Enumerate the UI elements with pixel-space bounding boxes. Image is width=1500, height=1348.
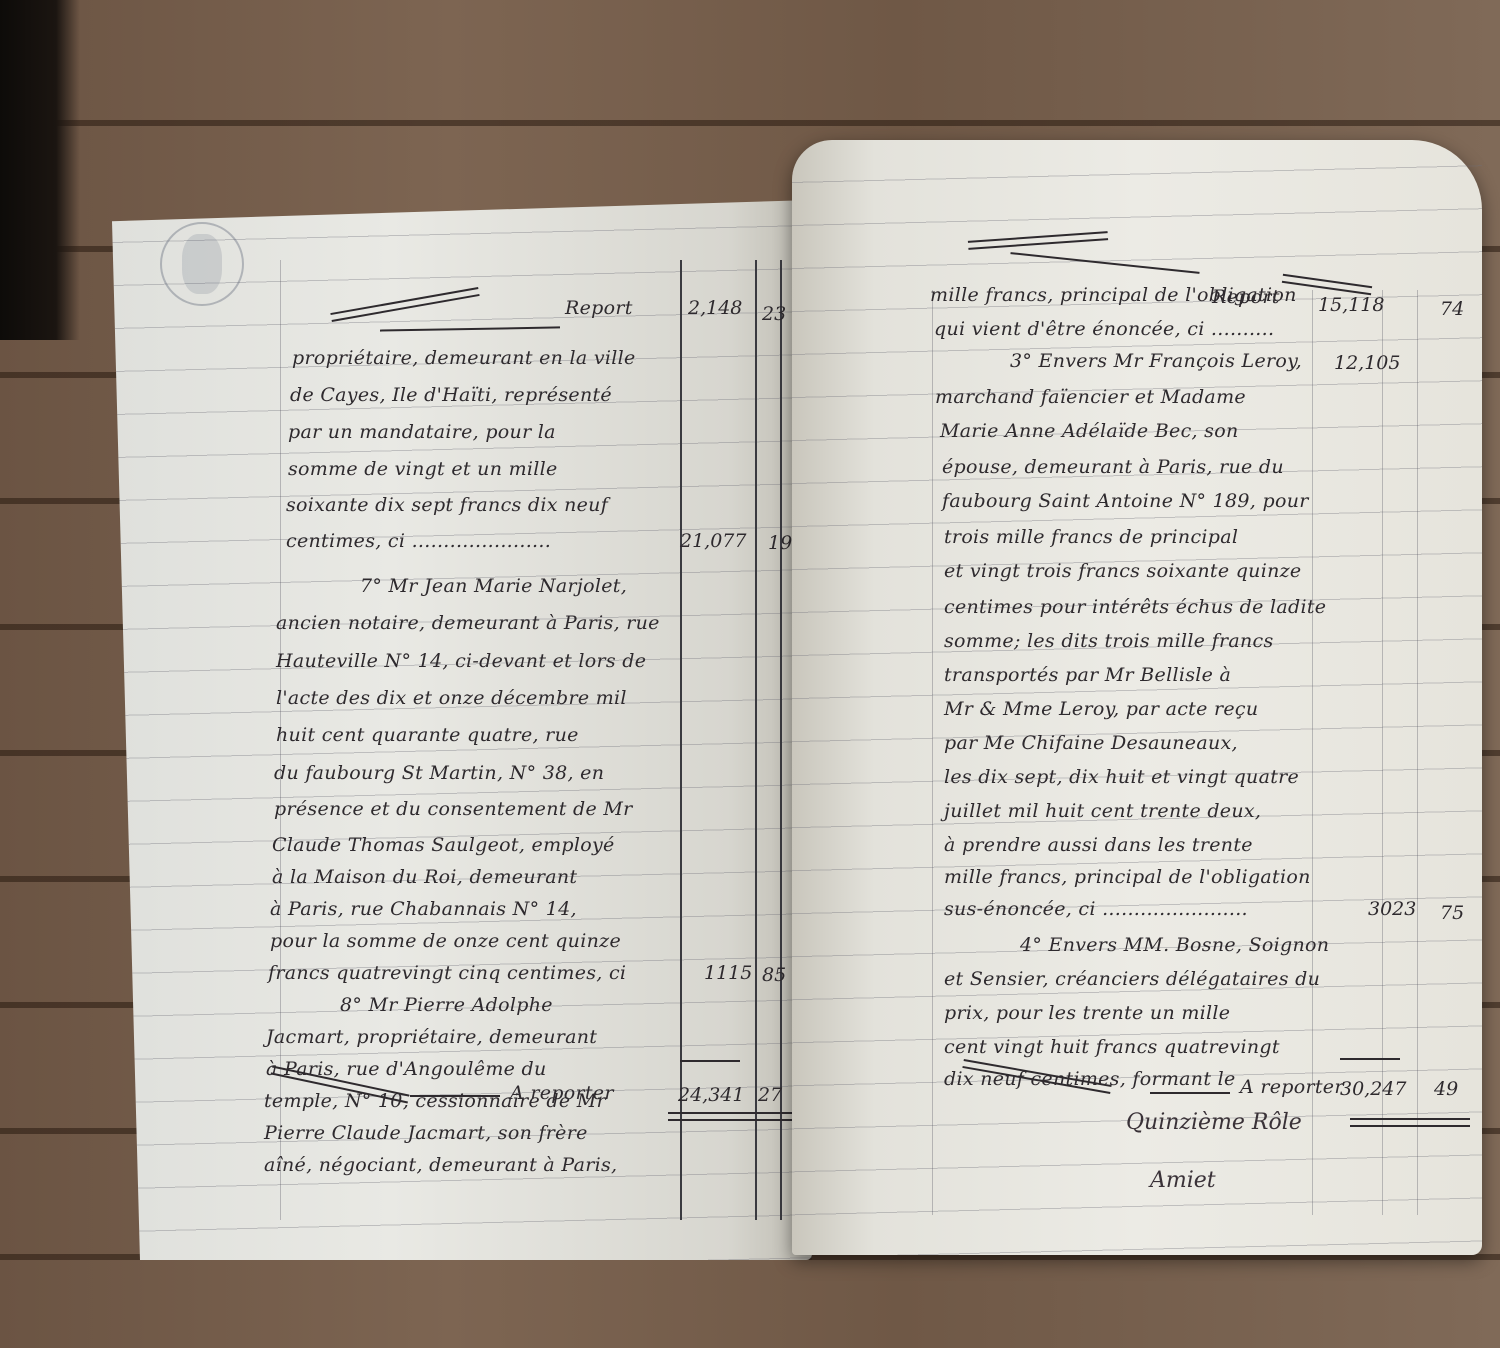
francs-column-line — [680, 260, 682, 1220]
entry-francs: 3023 — [1368, 898, 1416, 920]
line: Pierre Claude Jacmart, son frère — [264, 1122, 588, 1144]
line: faubourg Saint Antoine N° 189, pour — [942, 490, 1309, 512]
line: présence et du consentement de Mr — [274, 798, 633, 820]
double-rule — [1350, 1118, 1470, 1127]
line: par un mandataire, pour la — [288, 421, 556, 443]
line: à Paris, rue Chabannais N° 14, — [270, 898, 577, 920]
line: Hauteville N° 14, ci-devant et lors de — [276, 650, 646, 672]
report-francs: 2,148 — [688, 297, 742, 319]
line: 4° Envers MM. Bosne, Soignon — [1020, 934, 1329, 956]
line: 7° Mr Jean Marie Narjolet, — [360, 575, 627, 597]
line: ancien notaire, demeurant à Paris, rue — [276, 612, 660, 634]
page-note: Quinzième Rôle — [1126, 1110, 1302, 1135]
line: propriétaire, demeurant en la ville — [292, 347, 636, 369]
line: l'acte des dix et onze décembre mil — [276, 687, 627, 709]
line: cent vingt huit francs quatrevingt — [944, 1036, 1280, 1058]
a-reporter-francs: 24,341 — [678, 1084, 744, 1106]
line: épouse, demeurant à Paris, rue du — [942, 456, 1284, 478]
entry-centimes: 75 — [1440, 902, 1464, 924]
line: Jacmart, propriétaire, demeurant — [266, 1026, 597, 1048]
line: francs quatrevingt cinq centimes, ci — [268, 962, 626, 984]
line: 3° Envers Mr François Leroy, — [1010, 350, 1302, 372]
line: somme de vingt et un mille — [288, 458, 558, 480]
line: 8° Mr Pierre Adolphe — [340, 994, 553, 1016]
centimes-column-line — [1382, 290, 1383, 1215]
line: et Sensier, créanciers délégataires du — [944, 968, 1320, 990]
rule — [1150, 1092, 1230, 1094]
line: mille francs, principal de l'obligation — [930, 284, 1297, 306]
a-reporter-francs: 30,247 — [1340, 1078, 1406, 1100]
report-francs: 15,118 — [1318, 294, 1384, 316]
line: mille francs, principal de l'obligation — [944, 866, 1311, 888]
table-shadow — [0, 0, 80, 340]
line: qui vient d'être énoncée, ci .......... — [934, 318, 1274, 340]
entry-francs: 12,105 — [1334, 352, 1400, 374]
signature: Amiet — [1150, 1168, 1216, 1193]
line: centimes, ci ...................... — [286, 530, 551, 552]
line: juillet mil huit cent trente deux, — [944, 800, 1261, 822]
entry-centimes: 85 — [762, 964, 786, 986]
line: et vingt trois francs soixante quinze — [944, 560, 1301, 582]
centimes-column-line — [755, 260, 757, 1220]
line: à la Maison du Roi, demeurant — [272, 866, 577, 888]
seal-stamp-icon — [160, 222, 244, 306]
line: trois mille francs de principal — [944, 526, 1238, 548]
a-reporter-centimes: 49 — [1434, 1078, 1458, 1100]
outer-column-line — [780, 260, 782, 1220]
entry-francs: 21,077 — [680, 530, 746, 552]
rule — [680, 1060, 740, 1062]
entry-francs: 1115 — [704, 962, 752, 984]
rule — [410, 1095, 500, 1097]
outer-column-line — [1417, 290, 1418, 1215]
report-label: Report — [565, 297, 633, 319]
entry-centimes: 19 — [768, 532, 792, 554]
line: Marie Anne Adélaïde Bec, son — [940, 420, 1239, 442]
report-centimes: 23 — [762, 303, 786, 325]
line: somme; les dits trois mille francs — [944, 630, 1274, 652]
line: de Cayes, Ile d'Haïti, représenté — [290, 384, 612, 406]
line: Claude Thomas Saulgeot, employé — [272, 834, 615, 856]
line: sus-énoncée, ci ....................... — [944, 898, 1248, 920]
line: pour la somme de onze cent quinze — [270, 930, 621, 952]
double-rule — [668, 1112, 798, 1121]
a-reporter-label: A reporter — [510, 1082, 614, 1104]
line: marchand faïencier et Madame — [935, 386, 1246, 408]
line: prix, pour les trente un mille — [944, 1002, 1230, 1024]
line: transportés par Mr Bellisle à — [944, 664, 1231, 686]
a-reporter-centimes: 27 — [758, 1084, 782, 1106]
report-centimes: 74 — [1440, 298, 1464, 320]
line: huit cent quarante quatre, rue — [276, 724, 579, 746]
a-reporter-label: A reporter — [1240, 1076, 1344, 1098]
line: les dix sept, dix huit et vingt quatre — [944, 766, 1299, 788]
line: Mr & Mme Leroy, par acte reçu — [944, 698, 1258, 720]
line: centimes pour intérêts échus de ladite — [944, 596, 1326, 618]
line: du faubourg St Martin, N° 38, en — [274, 762, 604, 784]
line: aîné, négociant, demeurant à Paris, — [264, 1154, 617, 1176]
line: à prendre aussi dans les trente — [944, 834, 1253, 856]
line: par Me Chifaine Desauneaux, — [944, 732, 1238, 754]
rule — [1340, 1058, 1400, 1060]
margin-line — [932, 290, 933, 1215]
line: soixante dix sept francs dix neuf — [286, 494, 608, 516]
